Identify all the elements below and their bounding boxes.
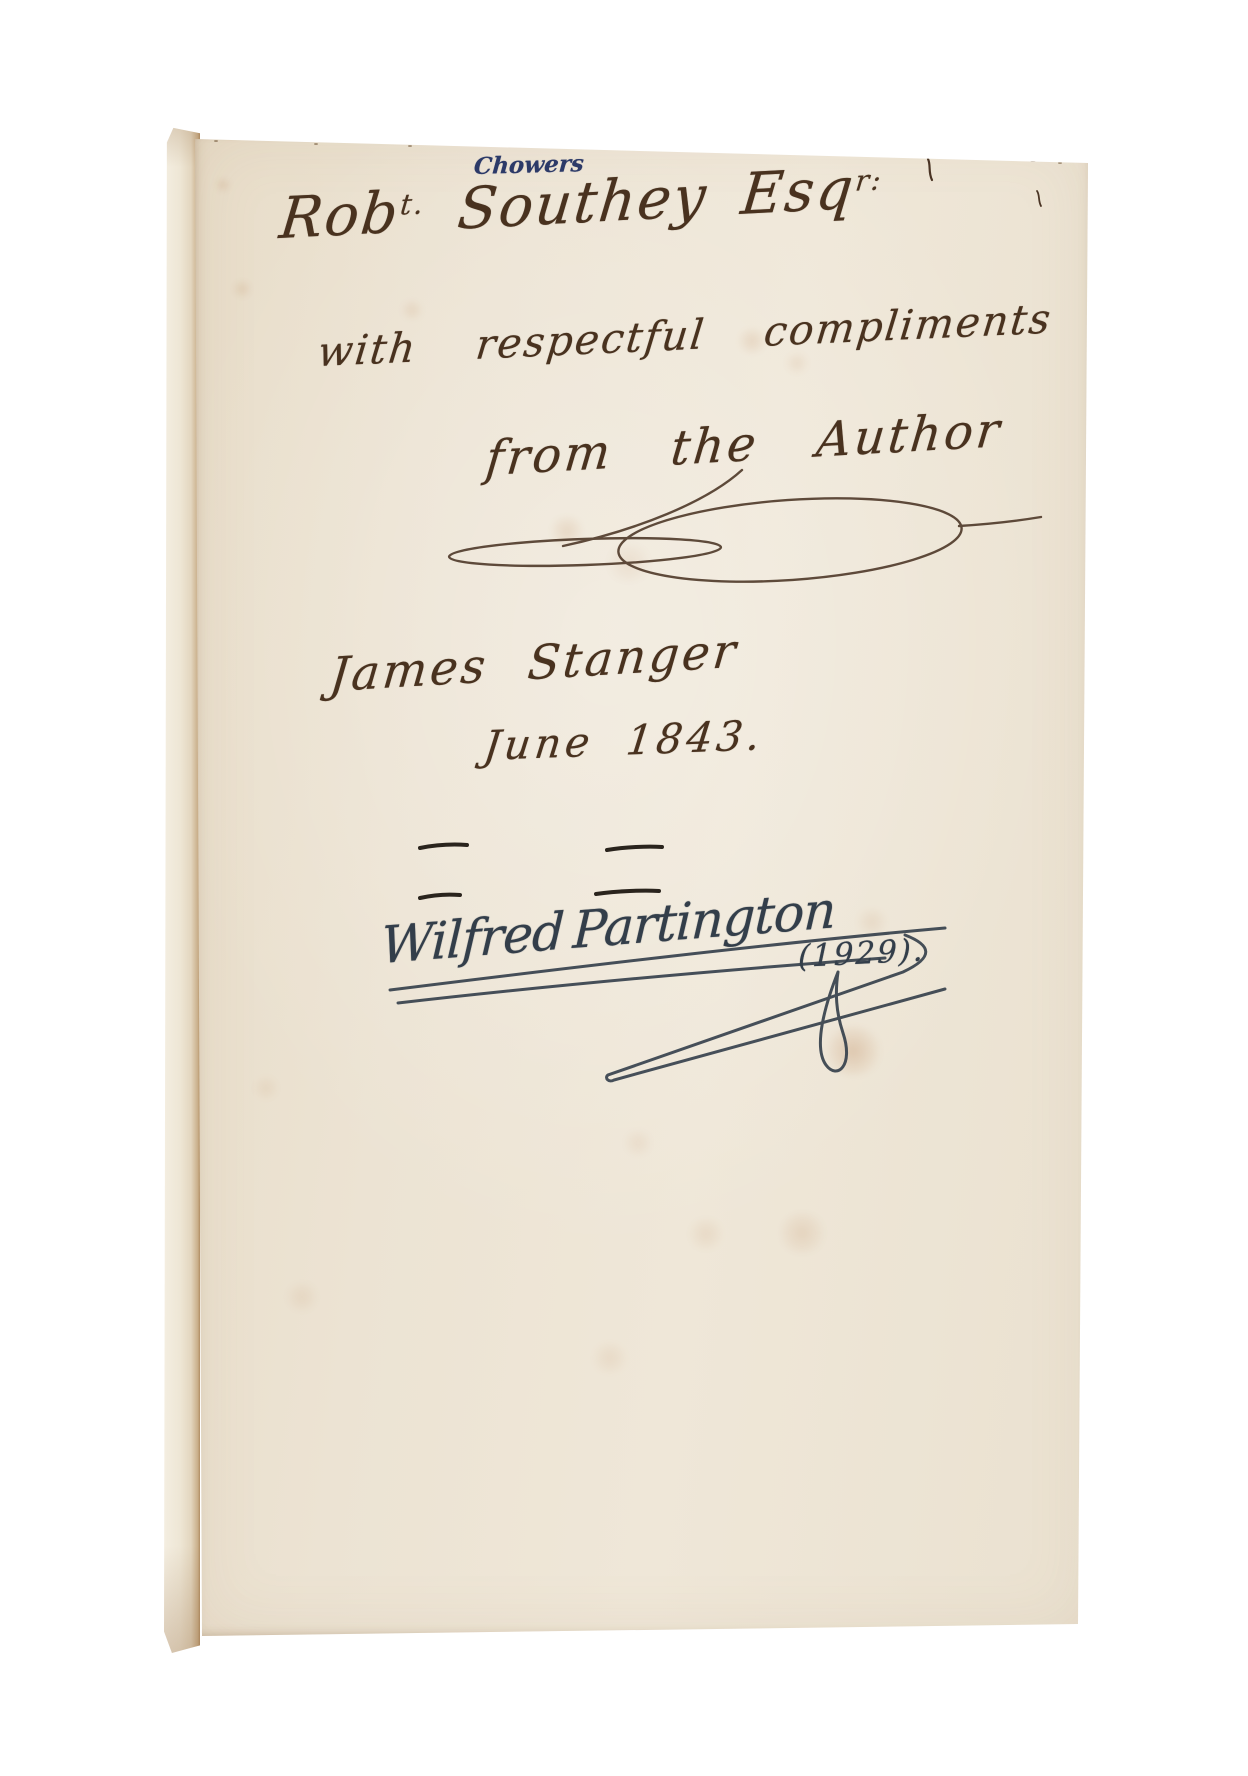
recipient-name-part: Rob bbox=[277, 180, 404, 253]
book-page: Chowers Robt. Southey Esqr: with respect… bbox=[192, 130, 1094, 1638]
stray-ink-mark bbox=[1035, 190, 1045, 208]
photo-of-book-flyleaf: Chowers Robt. Southey Esqr: with respect… bbox=[0, 0, 1248, 1776]
paper-speck bbox=[1030, 160, 1036, 162]
recipient-superscript: r: bbox=[854, 163, 885, 198]
foxing-spot bbox=[590, 1342, 630, 1374]
collector-signature-flourish bbox=[375, 905, 975, 1090]
paper-speck bbox=[1058, 162, 1062, 164]
foxing-spot bbox=[622, 1130, 654, 1156]
book-spine-edge bbox=[164, 121, 200, 1653]
paper-speck bbox=[314, 143, 318, 145]
author-flourish-drawing bbox=[435, 468, 1060, 613]
foxing-spot bbox=[252, 1076, 280, 1100]
inscription-recipient-line: Robt. Southey Esqr: bbox=[277, 156, 886, 251]
paper-speck bbox=[256, 138, 261, 140]
foxing-spot bbox=[784, 352, 810, 374]
paper-speck bbox=[408, 145, 412, 147]
owner-date: June 1843. bbox=[481, 713, 766, 769]
inscription-compliments-line: with respectful compliments bbox=[315, 297, 1054, 376]
paper-speck bbox=[991, 157, 996, 159]
foxing-spot bbox=[284, 1282, 320, 1312]
foxing-spot bbox=[776, 1212, 828, 1254]
foxing-spot bbox=[232, 280, 252, 298]
foxing-spot bbox=[686, 1218, 726, 1250]
paper-speck bbox=[363, 141, 369, 143]
paper-speck bbox=[214, 140, 218, 142]
foxing-spot bbox=[400, 300, 424, 320]
owner-signature: James Stanger bbox=[327, 626, 740, 702]
foxing-spot bbox=[215, 178, 231, 192]
stray-ink-mark bbox=[925, 158, 937, 182]
